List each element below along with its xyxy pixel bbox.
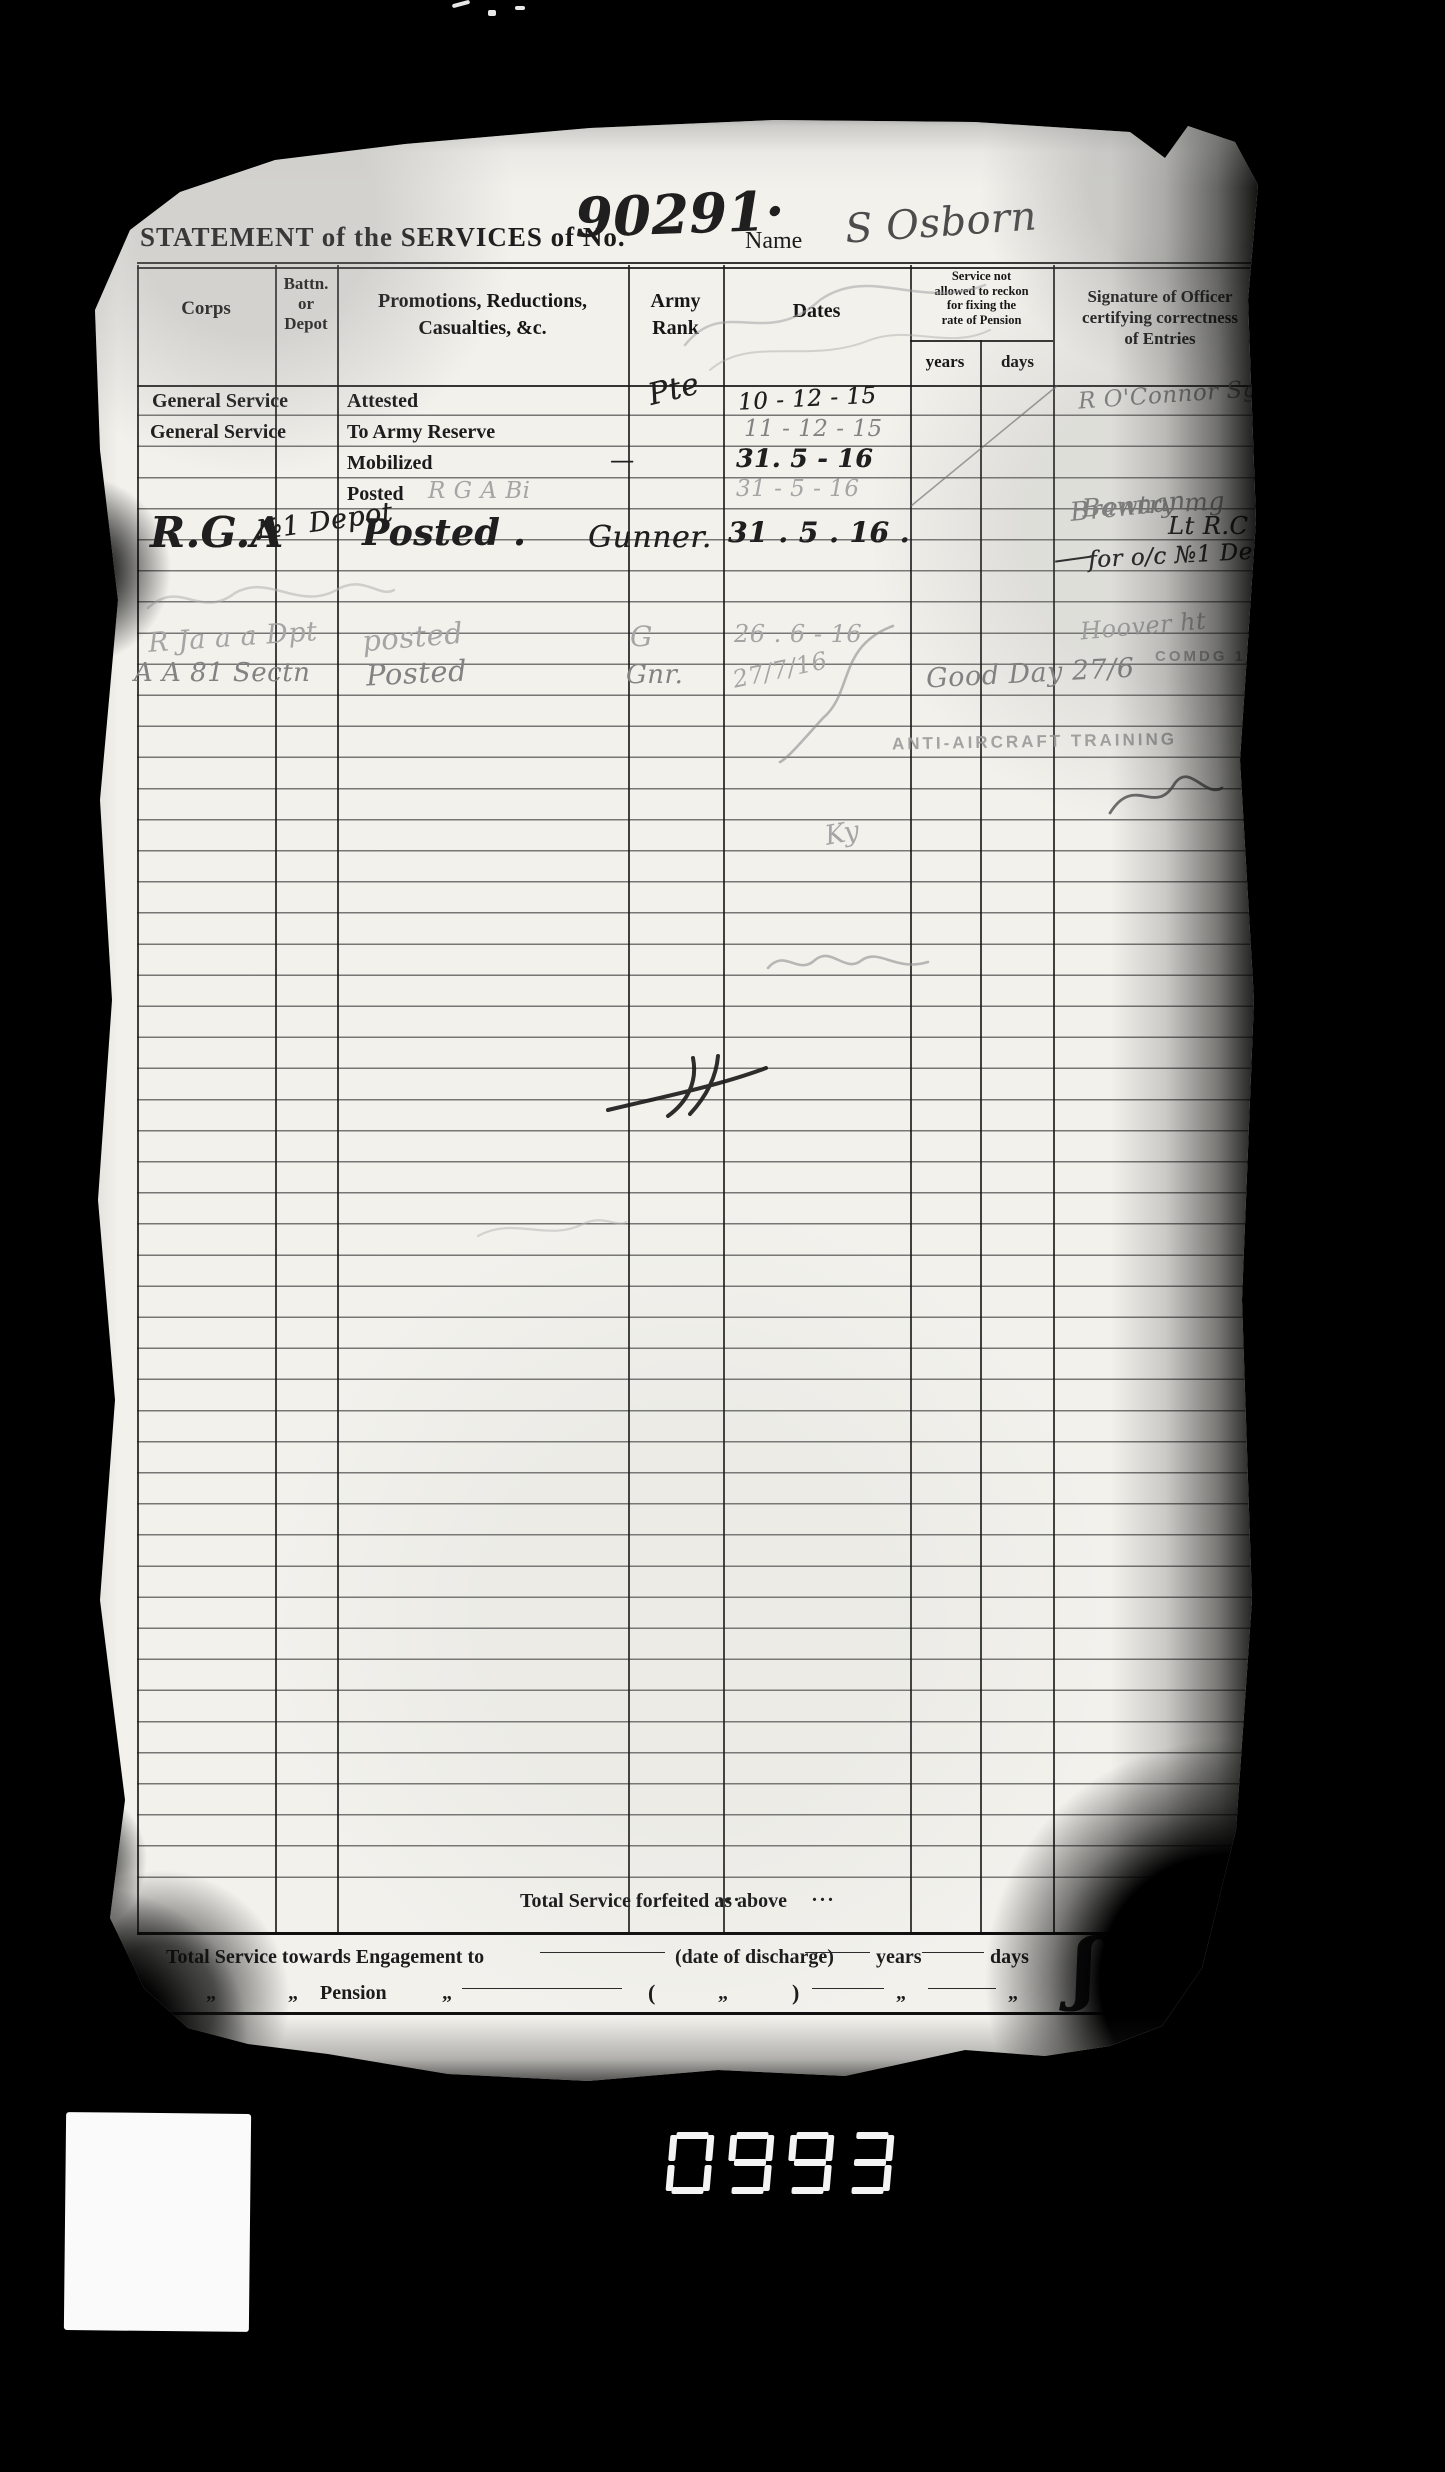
hw-rowb-event: Posted <box>365 653 468 692</box>
row2-event: To Army Reserve <box>347 421 495 444</box>
signature-below-stamp <box>1100 758 1230 828</box>
pension-years-blank <box>812 1988 884 1989</box>
col-divider-years-days <box>980 340 982 1932</box>
segment-d <box>791 2187 824 2194</box>
segment-f <box>788 2135 797 2161</box>
pension-close-paren: ) <box>792 1980 799 2006</box>
hw-rowa-rank: G <box>630 620 653 653</box>
pension-ditto-4: „ <box>718 1982 728 2005</box>
pension-open-paren: ( <box>648 1980 655 2006</box>
hw-rga-event: Posted . <box>362 512 526 554</box>
header-signature-line: of Entries <box>1060 328 1260 349</box>
frame-counter-digit <box>725 2132 774 2194</box>
dark-ink-scribble <box>598 1048 773 1123</box>
segment-b <box>825 2135 834 2161</box>
hw-rga-rank: Gunner. <box>588 520 712 555</box>
segment-c <box>763 2165 772 2191</box>
hw-rowb-corps: A A 81 Sectn <box>134 658 310 688</box>
frame-counter-digit <box>845 2132 894 2194</box>
segment-d <box>731 2187 764 2194</box>
pension-ditto-1: „ <box>206 1982 216 2005</box>
service-number-handwritten: 90291· <box>574 178 786 249</box>
blank-card <box>64 2112 251 2332</box>
row1-corps: General Service <box>152 390 288 413</box>
segment-g <box>794 2159 827 2166</box>
hw-date-reserve: 11 - 12 - 15 <box>744 416 883 442</box>
row2-corps: General Service <box>150 421 286 444</box>
flourish-loop <box>768 618 908 768</box>
hw-dash-mobilized: — <box>610 446 635 474</box>
pencil-scribble-dates-header <box>670 250 1000 380</box>
engagement-date-blank <box>540 1952 665 1953</box>
header-battn-line: Battn. <box>275 274 337 294</box>
microfilm-scan-background: STATEMENT of the SERVICES of No. 90291· … <box>0 0 1445 2472</box>
segment-b <box>705 2135 714 2161</box>
engagement-days-label: days <box>990 1946 1029 1969</box>
pension-days-blank <box>928 1988 996 1989</box>
segment-f <box>668 2135 677 2161</box>
header-promotions: Promotions, Reductions, Casualties, &c. <box>337 288 628 342</box>
form-bottom-border <box>140 2012 1110 2015</box>
forfeit-dots-2: ... <box>812 1884 836 1907</box>
hw-date-mobilized: 31. 5 - 16 <box>736 444 873 473</box>
document-paper: STATEMENT of the SERVICES of No. 90291· … <box>70 100 1260 2085</box>
film-speck <box>488 10 496 16</box>
hw-rga-date: 31 . 5 . 16 . <box>728 516 910 549</box>
faint-mid-mark <box>468 1198 633 1253</box>
frame-counter-digit <box>785 2132 834 2194</box>
pension-ditto-6: „ <box>1008 1982 1018 2005</box>
hw-date-posted: 31 - 5 - 16 <box>736 476 859 502</box>
header-signature-line: certifying correctness <box>1060 307 1260 328</box>
name-handwritten: S Osborn <box>844 193 1039 252</box>
header-promotions-line: Promotions, Reductions, <box>337 288 628 315</box>
film-speck <box>515 6 525 10</box>
engagement-years-blank <box>805 1952 870 1953</box>
segment-a <box>796 2132 829 2139</box>
segment-c <box>703 2165 712 2191</box>
engagement-label: Total Service towards Engagement to <box>166 1946 484 1969</box>
comdg-depot-stamp: COMDG 1 DEPOT <box>1155 648 1320 665</box>
segment-g <box>734 2159 767 2166</box>
header-corps: Corps <box>137 298 275 320</box>
pension-label: Pension <box>320 1982 387 2005</box>
segment-a <box>736 2132 769 2139</box>
header-corps-label: Corps <box>137 298 275 320</box>
header-signature: Signature of Officer certifying correctn… <box>1060 286 1260 349</box>
segment-g <box>854 2159 887 2166</box>
header-battn: Battn. or Depot <box>275 274 337 334</box>
date-of-discharge-label: (date of discharge) <box>675 1946 834 1969</box>
segment-d <box>671 2187 704 2194</box>
segment-d <box>851 2187 884 2194</box>
pension-ditto-2: „ <box>288 1982 298 2005</box>
segment-b <box>765 2135 774 2161</box>
faint-scrawl-under-rga <box>140 568 400 628</box>
segment-a <box>676 2132 709 2139</box>
table-bottom-border <box>137 1932 1120 1935</box>
segment-c <box>883 2165 892 2191</box>
hw-posted-unit: R G A Bi <box>428 478 531 504</box>
row1-event: Attested <box>347 390 418 413</box>
wavy-pencil-line <box>760 938 935 983</box>
table-left-border <box>137 265 139 1932</box>
pension-ditto-3: „ <box>442 1982 452 2005</box>
header-promotions-line: Casualties, &c. <box>337 315 628 342</box>
forfeit-dots-1: ... <box>718 1884 742 1907</box>
segment-f <box>728 2135 737 2161</box>
header-battn-line: or <box>275 294 337 314</box>
hw-rowb-rank: Gnr. <box>626 660 683 690</box>
film-speck <box>452 0 470 8</box>
pension-date-blank <box>462 1988 622 1989</box>
pension-ditto-5: „ <box>896 1982 906 2005</box>
hw-pencil-ky: Ky <box>823 815 863 852</box>
frame-counter <box>668 2132 908 2199</box>
segment-b <box>885 2135 894 2161</box>
segment-c <box>823 2165 832 2191</box>
frame-counter-digit <box>665 2132 714 2194</box>
forfeit-label: Total Service forfeited as above <box>520 1890 787 1913</box>
segment-a <box>856 2132 889 2139</box>
hw-rga-sig-rank: Lt R.C <box>1168 512 1248 540</box>
summary-brace: ʃ <box>1072 1922 1098 2013</box>
col-divider-pension-signature <box>1053 265 1055 1932</box>
engagement-years-label: years <box>876 1946 922 1969</box>
header-signature-line: Signature of Officer <box>1060 286 1260 307</box>
diagonal-stroke-pension <box>905 378 1065 513</box>
document-title: STATEMENT of the SERVICES of No. <box>140 222 626 253</box>
engagement-days-blank <box>922 1952 984 1953</box>
col-divider-dates-pension <box>910 265 912 1932</box>
row3-event: Mobilized <box>347 452 433 475</box>
header-battn-line: Depot <box>275 314 337 334</box>
